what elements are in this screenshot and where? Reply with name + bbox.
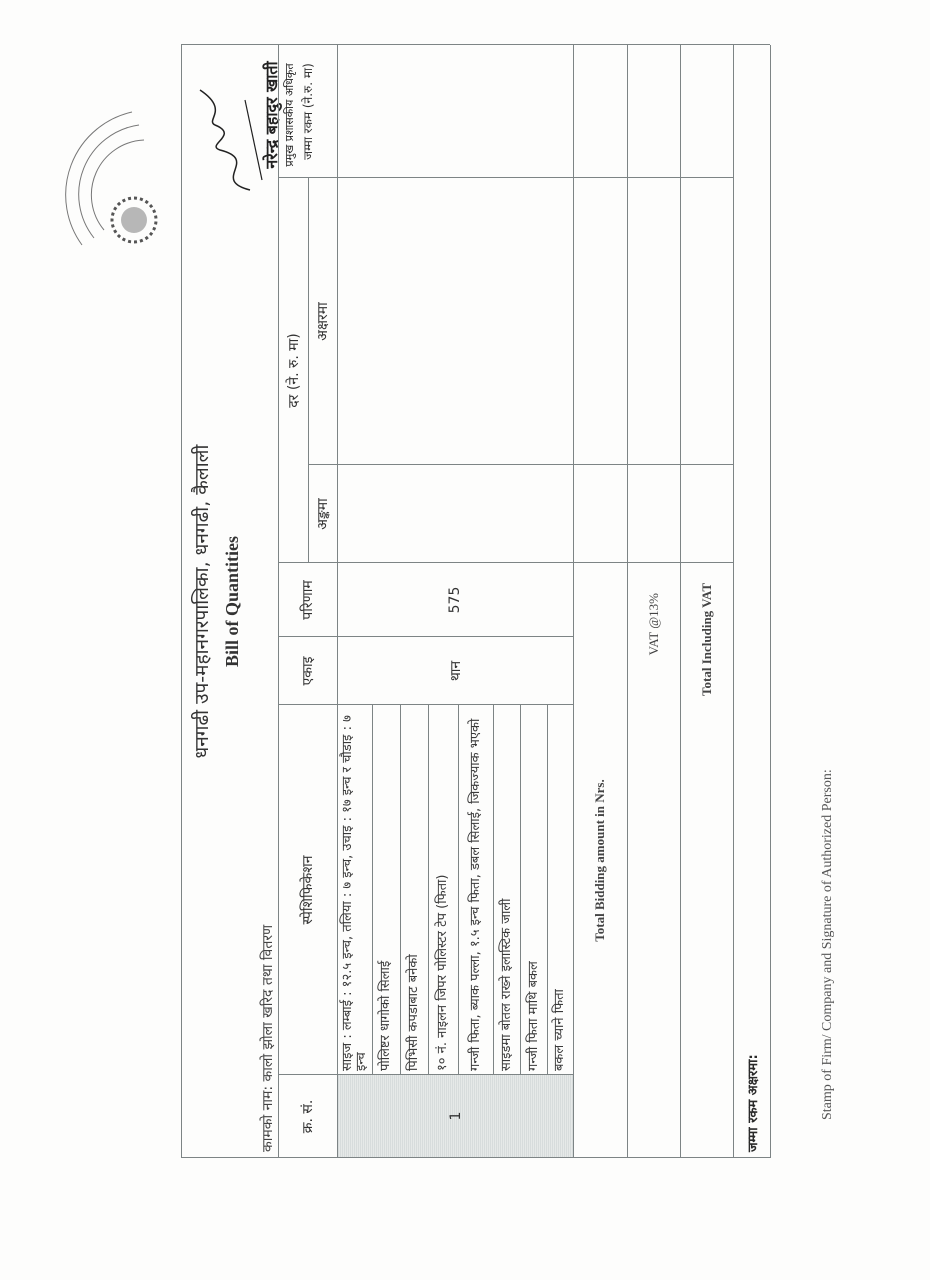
item-serial: 1 [338,1075,573,1157]
rate-figures-field[interactable] [337,465,573,563]
vat-label: VAT @13% [627,563,680,1158]
col-header-rate: दर (ने. रु. मा) [278,178,308,563]
spec-line: पोलिष्टर धागोको सिलाई [372,705,400,1075]
total-incl-vat-amount-field[interactable] [680,45,733,178]
total-incl-vat-label: Total Including VAT [680,563,733,1158]
col-header-amount: जम्मा रकम (ने.रु. मा) [278,45,337,178]
spec-line: १० नं. नाइलन जिपर पोलिस्टर टेप (फिता) [428,705,458,1075]
col-header-serial: क्र. सं. [278,1075,337,1158]
municipality-seal-icon [24,110,174,260]
spec-line: बकल च्याने फिता [547,705,573,1075]
col-header-specification: स्पेशिफिकेशन [278,705,337,1075]
col-header-rate-words: अक्षरमा [308,178,337,465]
amount-in-words-label: जम्मा रकम अक्षरमा: [733,1054,770,1152]
work-name: कामको नाम: कालो झोला खरिद तथा वितरण [258,925,277,1152]
page-title: Bill of Quantities [222,45,243,1158]
spec-line: पिभिसी कपडाबाट बनेको [400,705,428,1075]
total-bidding-label: Total Bidding amount in Nrs. [573,563,627,1158]
col-header-quantity: परिणाम [278,563,337,637]
amount-field[interactable] [337,45,573,178]
organization-name: धनगढी उप-महानगरपालिका, धनगढी, कैलाली [188,45,214,1158]
rate-words-field[interactable] [337,178,573,465]
col-header-rate-figures: अङ्कमा [308,465,337,563]
item-unit: थान [337,637,573,705]
spec-line: साइडमा बोतल राख्ने इलास्टिक जाली [493,705,520,1075]
bill-of-quantities-page: नरेन्द्र बहादुर खाती प्रमुख प्रशासकीय अध… [0,0,930,1280]
spec-line: गन्जी फिता माथि बकल [520,705,547,1075]
spec-line: साइज : लम्बाई : १२.५ इन्च, तलिया : ७ इन्… [337,705,372,1075]
vat-amount-field[interactable] [627,45,680,178]
total-bidding-amount-field[interactable] [573,45,627,178]
spec-line: गन्जी फिता, ब्याक पल्ला, १.५ इन्च फिता, … [458,705,493,1075]
col-header-unit: एकाइ [278,637,337,705]
stamp-signature-label: Stamp of Firm/ Company and Signature of … [820,769,836,1120]
item-quantity: 575 [337,563,573,637]
